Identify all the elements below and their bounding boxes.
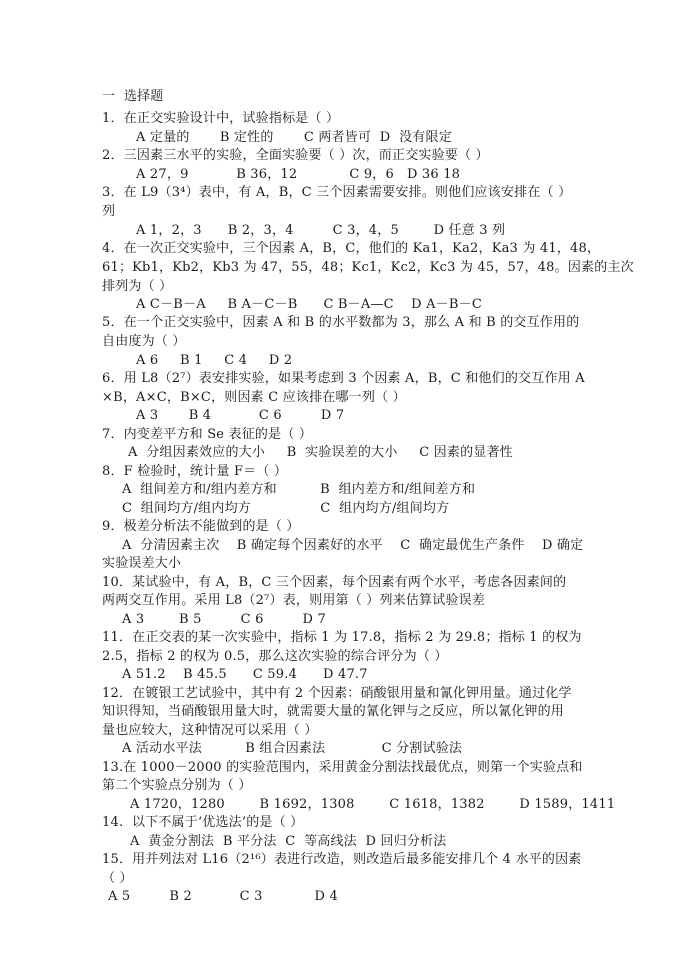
question-3-stem-cont: 列 xyxy=(102,203,115,220)
question-10-stem-cont: 两两交互作用。采用 L8（2⁷）表，则用第（ ）列来估算试验误差 xyxy=(102,592,485,609)
question-8-stem: 8．F 检验时，统计量 F＝（ ） xyxy=(102,463,287,480)
question-15-options: A 5 B 2 C 3 D 4 xyxy=(108,888,338,905)
question-10-options: A 3 B 5 C 6 D 7 xyxy=(122,611,326,628)
document-page: 一 选择题 1．在正交实验设计中，试验指标是（ ） A 定量的 B 定性的 C … xyxy=(0,0,675,954)
question-12-stem: 12．在镀银工艺试验中，其中有 2 个因素：硝酸银用量和氰化钾用量。通过化学 xyxy=(102,685,572,702)
question-9-stem: 9．极差分析法不能做到的是（ ） xyxy=(102,518,300,535)
section-title: 一 选择题 xyxy=(102,88,163,105)
question-4-stem-cont2: 排列为（ ） xyxy=(102,278,172,295)
question-8-options-2: C 组间均方/组内均方 C 组内均方/组间均方 xyxy=(122,500,449,517)
question-6-options: A 3 B 4 C 6 D 7 xyxy=(136,407,344,424)
question-7-options: A 分组因素效应的大小 B 实验误差的大小 C 因素的显著性 xyxy=(128,444,513,461)
question-6-stem-cont: ×B，A×C，B×C，则因素 C 应该排在哪一列（ ） xyxy=(102,389,406,406)
question-13-stem: 13.在 1000－2000 的实验范围内，采用黄金分割法找最优点，则第一个实验… xyxy=(102,759,583,776)
question-5-stem-cont: 自由度为（ ） xyxy=(102,333,186,350)
question-1-stem: 1．在正交实验设计中，试验指标是（ ） xyxy=(102,110,339,127)
question-13-stem-cont: 第二个实验点分别为（ ） xyxy=(102,777,252,794)
question-7-stem: 7．内变差平方和 Se 表征的是（ ） xyxy=(102,426,312,443)
question-2-options: A 27，9 B 36，12 C 9，6 D 36 18 xyxy=(136,166,460,183)
question-9-options-cont: 实验误差大小 xyxy=(102,555,181,572)
question-5-stem: 5．在一个正交实验中，因素 A 和 B 的水平数都为 3，那么 A 和 B 的交… xyxy=(102,314,579,331)
question-8-options-1: A 组间差方和/组内差方和 B 组内差方和/组间差方和 xyxy=(122,481,475,498)
question-11-stem-cont: 2.5，指标 2 的权为 0.5，那么这次实验的综合评分为（ ） xyxy=(102,648,448,665)
question-4-options: A C－B－A B A－C－B C B－A—C D A－B－C xyxy=(136,296,482,313)
question-5-options: A 6 B 1 C 4 D 2 xyxy=(136,352,292,369)
question-15-stem-cont: （ ） xyxy=(102,870,133,887)
question-12-stem-cont: 知识得知，当硝酸银用量大时，就需要大量的氰化钾与之反应，所以氰化钾的用 xyxy=(102,703,564,720)
question-6-stem: 6．用 L8（2⁷）表安排实验，如果考虑到 3 个因素 A，B，C 和他们的交互… xyxy=(102,370,585,387)
question-14-options: A 黄金分割法 B 平分法 C 等高线法 D 回归分析法 xyxy=(130,833,447,850)
question-14-stem: 14. 以下不属于‘优选法’的是（ ） xyxy=(102,814,303,831)
question-11-options: A 51.2 B 45.5 C 59.4 D 47.7 xyxy=(122,666,368,683)
question-10-stem: 10．某试验中，有 A，B，C 三个因素，每个因素有两个水平，考虑各因素间的 xyxy=(102,574,566,591)
question-13-options: A 1720，1280 B 1692，1308 C 1618，1382 D 15… xyxy=(130,796,615,813)
question-9-options: A 分清因素主次 B 确定每个因素好的水平 C 确定最优生产条件 D 确定 xyxy=(122,537,583,554)
question-4-stem: 4．在一次正交实验中，三个因素 A，B，C，他们的 Ka1，Ka2，Ka3 为 … xyxy=(102,240,600,257)
question-2-stem: 2．三因素三水平的实验，全面实验要（ ）次，而正交实验要（ ） xyxy=(102,147,489,164)
question-11-stem: 11．在正交表的某一次实验中，指标 1 为 17.8，指标 2 为 29.8；指… xyxy=(102,629,582,646)
question-1-options: A 定量的 B 定性的 C 两者皆可 D 没有限定 xyxy=(136,129,452,146)
question-3-stem: 3．在 L9（3⁴）表中，有 A，B，C 三个因素需要安排。则他们应该安排在（ … xyxy=(102,184,571,201)
question-4-stem-cont: 61；Kb1，Kb2，Kb3 为 47，55，48；Kc1，Kc2，Kc3 为 … xyxy=(102,259,634,276)
question-12-stem-cont2: 量也应较大，这种情况可以采用（ ） xyxy=(102,722,318,739)
question-12-options: A 活动水平法 B 组合因素法 C 分割试验法 xyxy=(122,740,462,757)
question-15-stem: 15．用并列法对 L16（2¹⁶）表进行改造，则改造后最多能安排几个 4 水平的… xyxy=(102,851,581,868)
question-3-options: A 1，2，3 B 2，3，4 C 3，4，5 D 任意 3 列 xyxy=(136,222,505,239)
